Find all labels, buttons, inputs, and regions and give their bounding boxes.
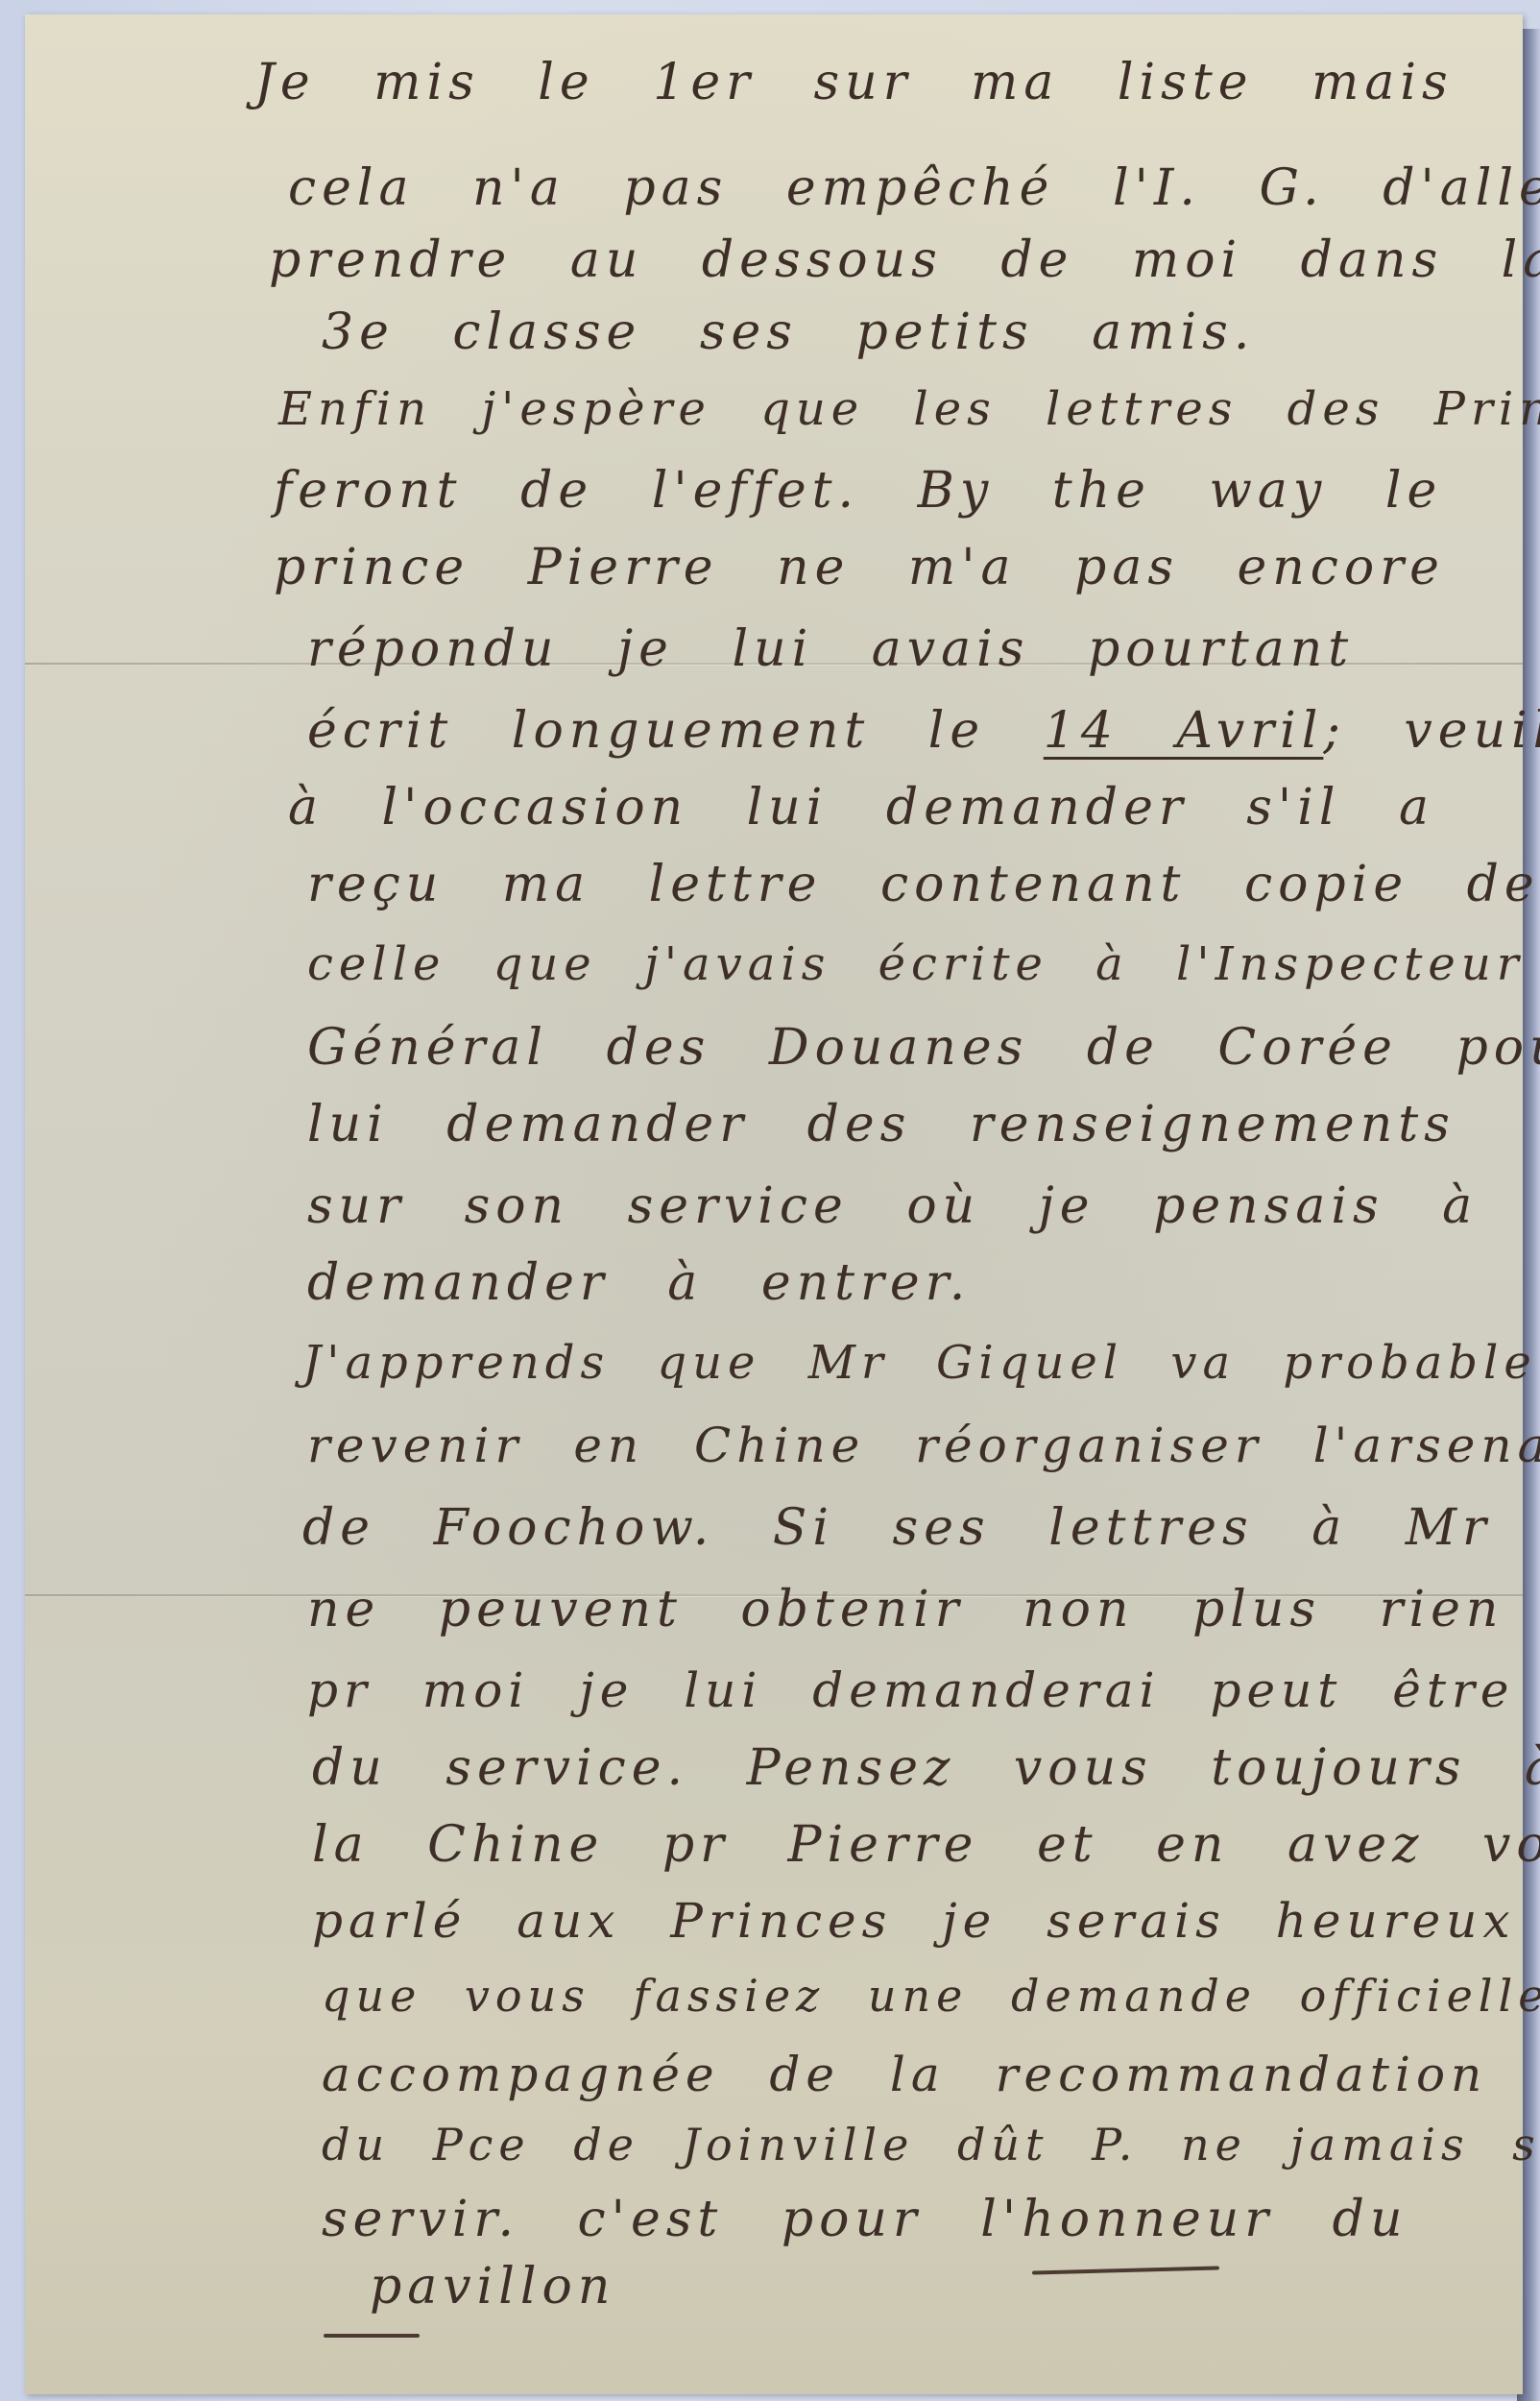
letter-line-9: écrit longuement le 14 Avril; veuillez: [307, 706, 1540, 756]
letter-line-8: répondu je lui avais pourtant: [307, 624, 1354, 674]
letter-line-22: du service. Pensez vous toujours à: [312, 1743, 1540, 1793]
letter-line-17: J'apprends que Mr Giquel va probablement: [302, 1340, 1540, 1386]
letter-line-5: Enfin j'espère que les lettres des Princ…: [278, 386, 1540, 432]
letter-line-28: servir. c'est pour l'honneur du: [322, 2195, 1408, 2244]
letter-line-27: du Pce de Joinville dût P. ne jamais s'e…: [322, 2122, 1540, 2167]
underline-pavillon: [324, 2334, 420, 2338]
letter-line-10: à l'occasion lui demander s'il a: [288, 783, 1434, 833]
letter-line-24: parlé aux Princes je serais heureux: [312, 1897, 1516, 1945]
letter-line-15: sur son service où je pensais à: [307, 1181, 1478, 1231]
letter-line-20: ne peuvent obtenir non plus rien: [307, 1585, 1504, 1635]
letter-line-13: Général des Douanes de Corée pour: [307, 1023, 1540, 1073]
letter-line-26: accompagnée de la recommandation: [322, 2050, 1487, 2098]
letter-line-7: prince Pierre ne m'a pas encore: [274, 543, 1445, 593]
letter-line-2: cela n'a pas empêché l'I. G. d'aller: [288, 163, 1540, 213]
date-underlined: 14 Avril: [1044, 702, 1324, 760]
letter-line-16: demander à entrer.: [307, 1258, 971, 1308]
letter-line-25: que vous fassiez une demande officielle: [322, 1974, 1540, 2018]
letter-line-1: Je mis le 1er sur ma liste mais: [254, 58, 1454, 108]
letter-line-11: reçu ma lettre contenant copie de: [307, 860, 1540, 909]
letter-line-29: pavillon: [370, 2262, 615, 2312]
letter-line-6: feront de l'effet. By the way le: [274, 466, 1442, 516]
letter-line-14: lui demander des renseignements: [307, 1100, 1456, 1150]
letter-line-9-text: écrit longuement le: [307, 702, 985, 760]
letter-line-4: 3e classe ses petits amis.: [322, 307, 1255, 357]
letter-line-21: pr moi je lui demanderai peut être: [307, 1666, 1514, 1714]
letter-line-18: revenir en Chine réorganiser l'arsenal: [307, 1421, 1540, 1469]
letter-line-12: celle que j'avais écrite à l'Inspecteur: [307, 941, 1525, 987]
after-date-text: ; veuillez: [1323, 702, 1540, 760]
letter-line-3: prendre au dessous de moi dans la: [269, 235, 1540, 285]
letter-line-23: la Chine pr Pierre et en avez vous: [312, 1820, 1540, 1870]
letter-line-19: de Foochow. Si ses lettres à Mr Hart: [302, 1503, 1540, 1553]
